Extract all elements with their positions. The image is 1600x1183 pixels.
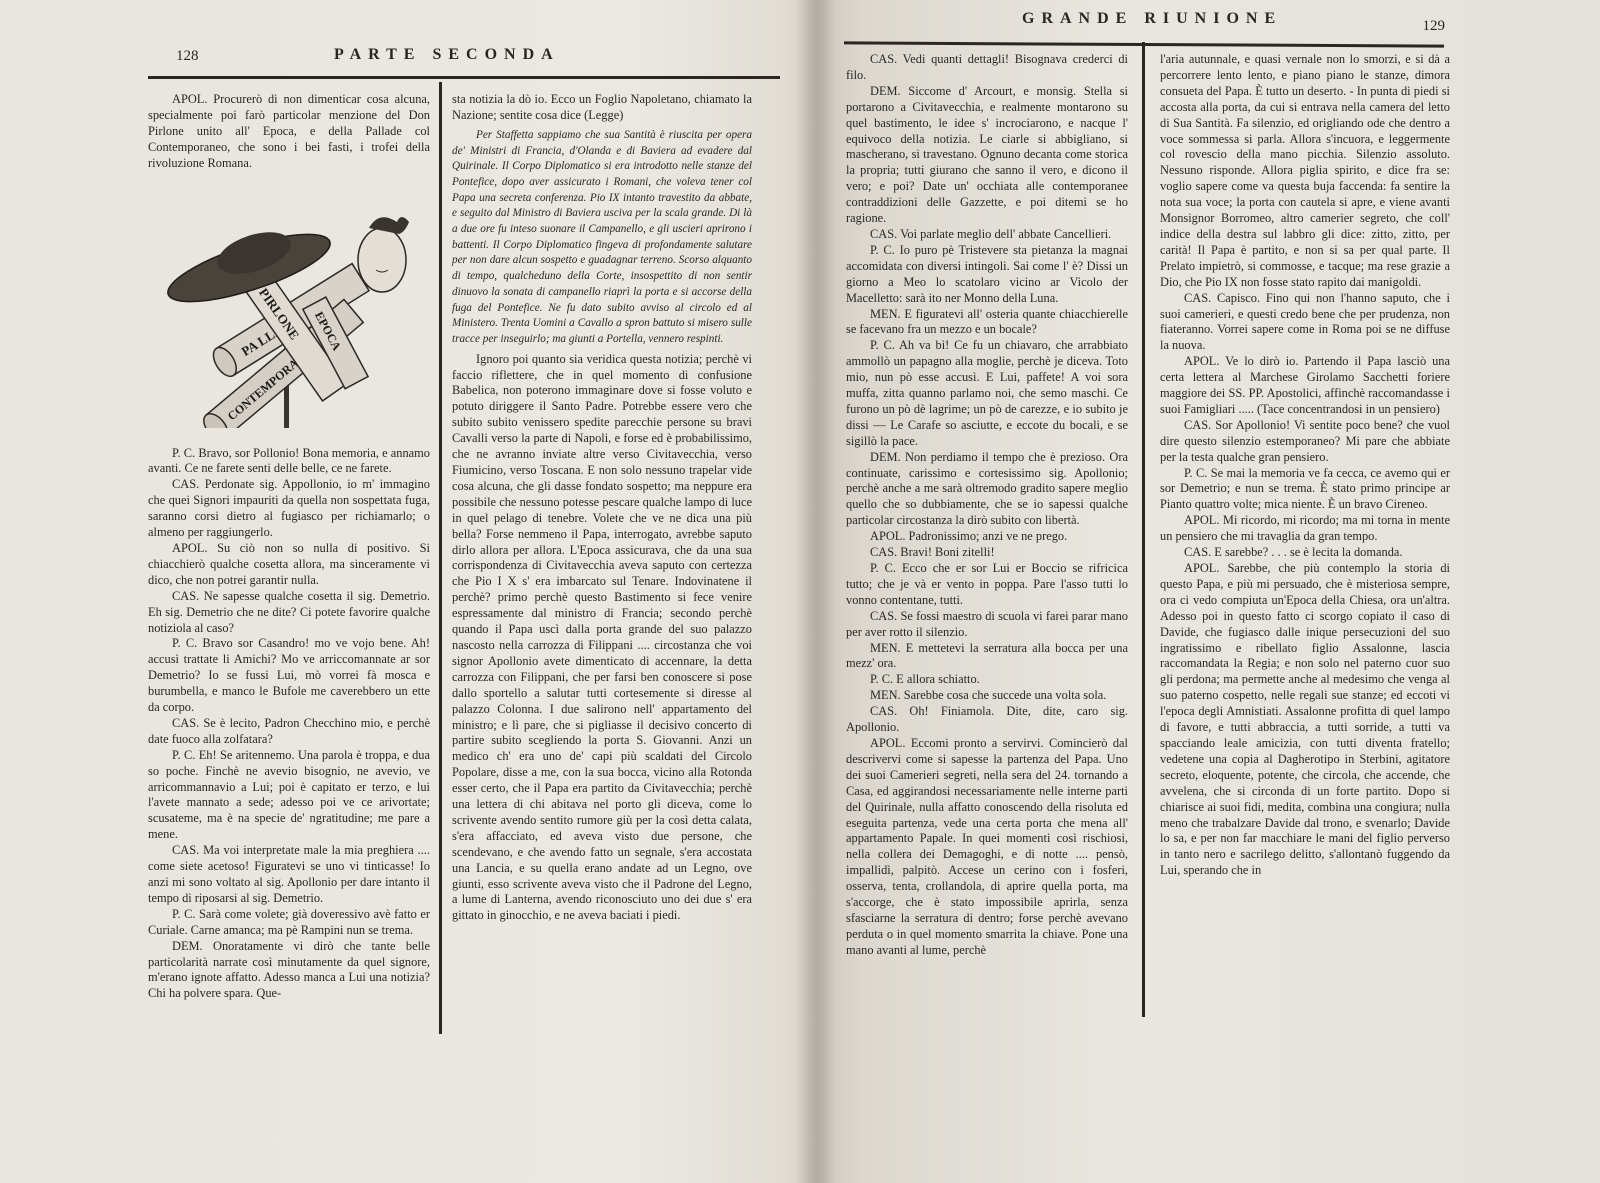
book-gutter	[795, 0, 835, 1183]
paragraph: P. C. Eh! Se aritennemo. Una parola è tr…	[148, 748, 430, 843]
paragraph: CAS. Ne sapesse qualche cosetta il sig. …	[148, 589, 430, 637]
paragraph: P. C. Se mai la memoria ve fa cecca, ce …	[1160, 466, 1450, 514]
paragraph: APOL. Eccomi pronto a servirvi. Comincie…	[846, 736, 1128, 959]
page-number: 128	[176, 48, 199, 65]
paragraph: P. C. Bravo sor Casandro! mo ve vojo ben…	[148, 636, 430, 716]
paragraph: APOL. Procurerò di non dimenticar cosa a…	[148, 92, 430, 172]
paragraph: P. C. Ah va bì! Ce fu un chiavaro, che a…	[846, 338, 1128, 449]
paragraph: P. C. Bravo, sor Pollonio! Bona memoria,…	[148, 446, 430, 478]
paragraph: l'aria autunnale, e quasi vernale non lo…	[1160, 52, 1450, 291]
running-head-title: GRANDE RIUNIONE	[1022, 10, 1282, 28]
paragraph: CAS. Vedi quanti dettagli! Bisognava cre…	[846, 52, 1128, 84]
paragraph: APOL. Sarebbe, che più contemplo la stor…	[1160, 561, 1450, 879]
page-number: 129	[1423, 18, 1446, 35]
column-divider	[1142, 42, 1145, 1017]
running-head-title: PARTE SECONDA	[334, 46, 560, 64]
text-column-2: l'aria autunnale, e quasi vernale non lo…	[1160, 52, 1450, 879]
paragraph: APOL. Ve lo dirò io. Partendo il Papa la…	[1160, 354, 1450, 418]
paragraph: CAS. Capisco. Fino qui non l'hanno saput…	[1160, 291, 1450, 355]
paragraph: APOL. Su ciò non so nulla di positivo. S…	[148, 541, 430, 589]
paragraph: CAS. Perdonate sig. Appollonio, io m' im…	[148, 477, 430, 541]
column-divider	[439, 82, 442, 1034]
quoted-newspaper-excerpt: Per Staffetta sappiamo che sua Santità è…	[452, 128, 752, 348]
paragraph: CAS. Sor Apollonio! Vi sentite poco bene…	[1160, 418, 1450, 466]
text-column-1: APOL. Procurerò di non dimenticar cosa a…	[148, 92, 430, 1002]
paragraph: P. C. E allora schiatto.	[846, 672, 1128, 688]
header-rule	[148, 76, 780, 79]
paragraph: DEM. Siccome d' Arcourt, e monsig. Stell…	[846, 84, 1128, 227]
text-column-1: CAS. Vedi quanti dettagli! Bisognava cre…	[846, 52, 1128, 959]
paragraph: CAS. Voi parlate meglio dell' abbate Can…	[846, 227, 1128, 243]
running-head-left: 128 PARTE SECONDA	[140, 42, 790, 66]
paragraph: CAS. Se è lecito, Padron Checchino mio, …	[148, 716, 430, 748]
running-head-right: GRANDE RIUNIONE 129	[852, 8, 1457, 32]
paragraph: sta notizia la dò io. Ecco un Foglio Nap…	[452, 92, 752, 124]
paragraph: P. C. Io puro pè Tristevere sta pietanza…	[846, 243, 1128, 307]
paragraph: MEN. E mettetevi la serratura alla bocca…	[846, 641, 1128, 673]
paragraph: DEM. Onoratamente vi dirò che tante bell…	[148, 939, 430, 1003]
paragraph: CAS. Oh! Finiamola. Dite, dite, caro sig…	[846, 704, 1128, 736]
engraving-illustration: PA LLADE CONTEMPORANEO DON PIRLONE EPOCA	[154, 198, 424, 428]
paragraph: APOL. Padronissimo; anzi ve ne prego.	[846, 529, 1128, 545]
book-spread: 128 PARTE SECONDA APOL. Procurerò di non…	[0, 0, 1600, 1183]
paragraph: CAS. Se fossi maestro di scuola vi farei…	[846, 609, 1128, 641]
paragraph: CAS. Bravi! Boni zitelli!	[846, 545, 1128, 561]
paragraph: CAS. E sarebbe? . . . se è lecita la dom…	[1160, 545, 1450, 561]
paragraph: MEN. Sarebbe cosa che succede una volta …	[846, 688, 1128, 704]
paragraph: P. C. Sarà come volete; già doveressivo …	[148, 907, 430, 939]
paragraph: DEM. Non perdiamo il tempo che è prezios…	[846, 450, 1128, 530]
paragraph: Ignoro poi quanto sia veridica questa no…	[452, 352, 752, 925]
paragraph: P. C. Ecco che er sor Lui er Boccio se r…	[846, 561, 1128, 609]
paragraph: MEN. E figuratevi all' osteria quante ch…	[846, 307, 1128, 339]
paragraph: CAS. Ma voi interpretate male la mia pre…	[148, 843, 430, 907]
text-column-2: sta notizia la dò io. Ecco un Foglio Nap…	[452, 92, 752, 924]
paragraph: APOL. Mi ricordo, mi ricordo; ma mi torn…	[1160, 513, 1450, 545]
